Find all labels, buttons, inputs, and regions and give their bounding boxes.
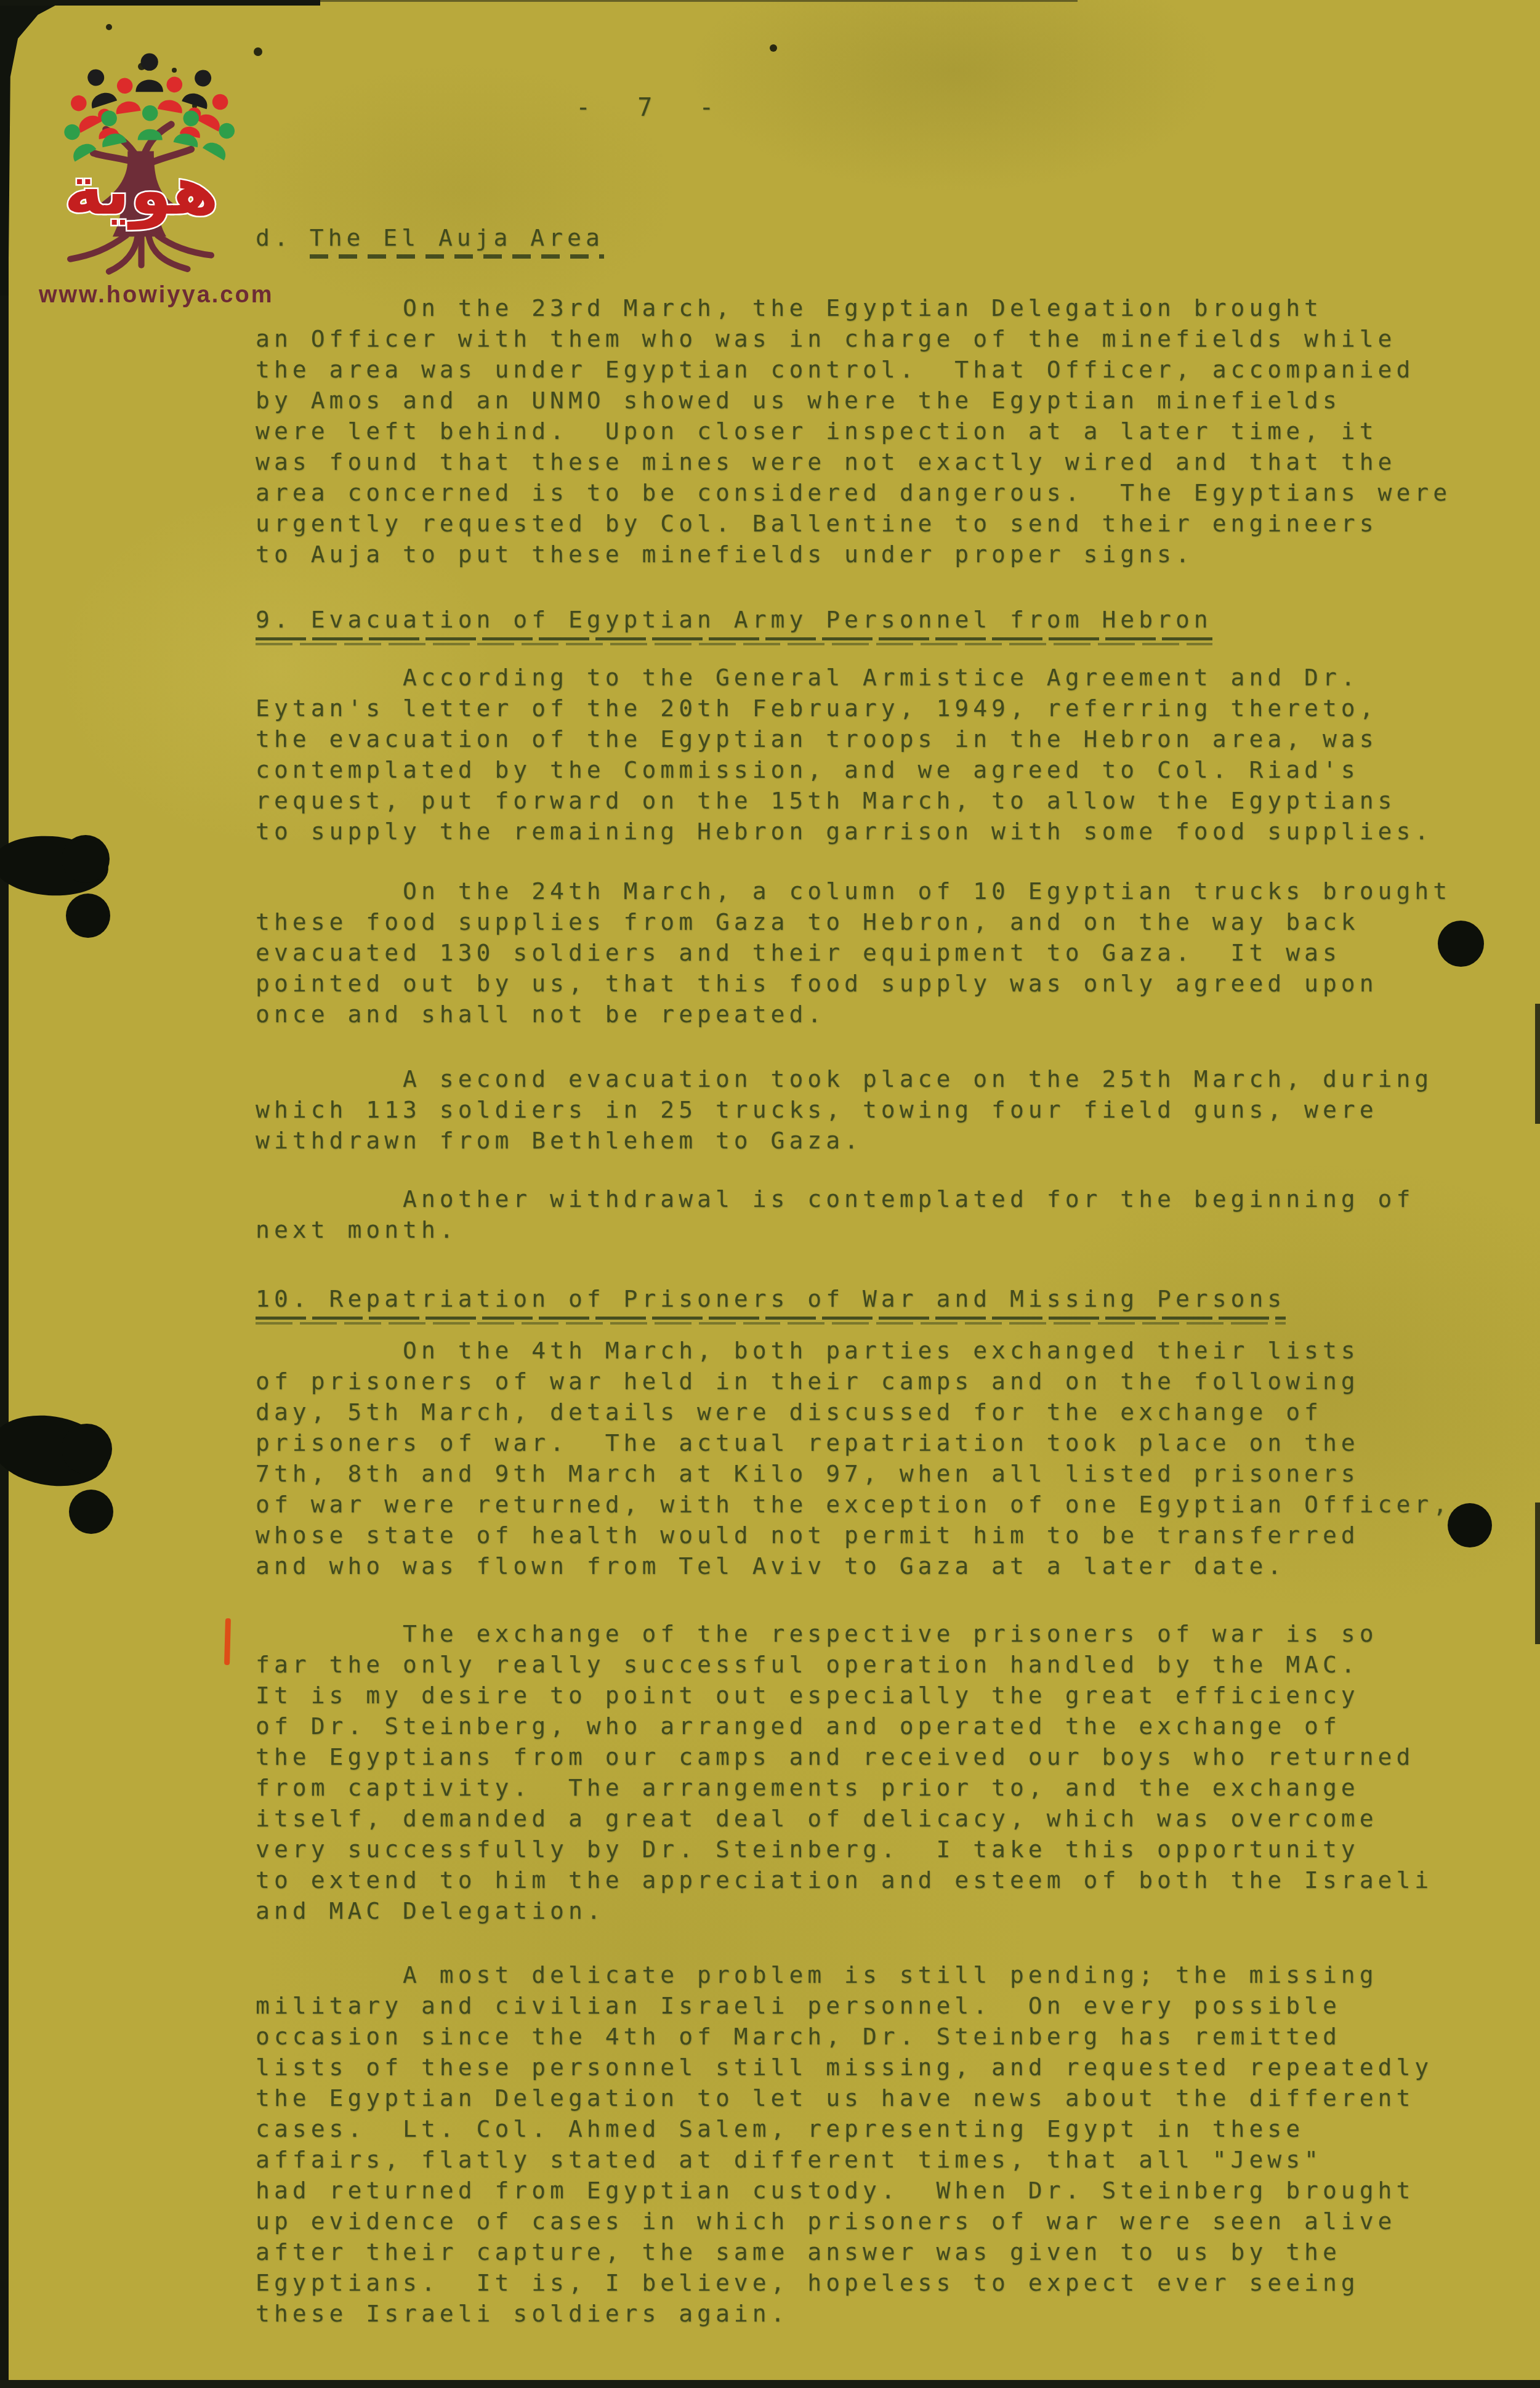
typewriter-line: an Officer with them who was in charge o… — [256, 323, 1451, 354]
howiyya-tree-logo: هوية — [34, 30, 246, 276]
typewriter-line: from captivity. The arrangements prior t… — [256, 1772, 1433, 1803]
scan-edge-left — [0, 0, 9, 2388]
typewriter-line: prisoners of war. The actual repatriatio… — [256, 1427, 1451, 1458]
red-ink-mark — [224, 1618, 231, 1665]
paragraph-pow-2: The exchange of the respective prisoners… — [256, 1618, 1433, 1926]
typewriter-line: A second evacuation took place on the 25… — [256, 1063, 1433, 1094]
punch-hole-left-3 — [62, 1424, 112, 1474]
paragraph-hebron-2: On the 24th March, a column of 10 Egypti… — [256, 876, 1451, 1030]
page-number: - 7 - — [576, 94, 730, 122]
typewriter-line: to extend to him the appreciation and es… — [256, 1865, 1433, 1895]
section-heading-10: 10. Repatriation of Prisoners of War and… — [256, 1284, 1286, 1325]
typewriter-line: these food supplies from Gaza to Hebron,… — [256, 906, 1451, 937]
typewriter-line: evacuated 130 soldiers and their equipme… — [256, 937, 1451, 968]
typewriter-line: cases. Lt. Col. Ahmed Salem, representin… — [256, 2113, 1433, 2144]
typewriter-line: On the 23rd March, the Egyptian Delegati… — [256, 292, 1451, 323]
typewriter-line: itself, demanded a great deal of delicac… — [256, 1803, 1433, 1834]
typewriter-line: was found that these mines were not exac… — [256, 446, 1451, 477]
typewriter-line: affairs, flatly stated at different time… — [256, 2144, 1433, 2175]
typewriter-line: Egyptians. It is, I believe, hopeless to… — [256, 2267, 1433, 2298]
typewriter-line: had returned from Egyptian custody. When… — [256, 2175, 1433, 2206]
typewriter-line: the evacuation of the Egyptian troops in… — [256, 724, 1433, 754]
scan-edge-right-lower — [1535, 1503, 1540, 1644]
typewriter-line: The exchange of the respective prisoners… — [256, 1618, 1433, 1649]
paragraph-pow-1: On the 4th March, both parties exchanged… — [256, 1335, 1451, 1581]
typewriter-line: up evidence of cases in which prisoners … — [256, 2206, 1433, 2237]
section-heading-d: d.The El Auja Area — [256, 223, 604, 259]
typewriter-line: urgently requested by Col. Ballentine to… — [256, 508, 1451, 539]
section-title: The El Auja Area — [310, 224, 604, 251]
typewriter-line: It is my desire to point out especially … — [256, 1680, 1433, 1711]
section-label: 10. — [256, 1285, 311, 1312]
scan-edge-right-upper — [1535, 1004, 1540, 1124]
paragraph-hebron-4: Another withdrawal is contemplated for t… — [256, 1184, 1414, 1245]
typewriter-line: of war were returned, with the exception… — [256, 1489, 1451, 1520]
typewriter-line: According to the General Armistice Agree… — [256, 662, 1433, 693]
typewriter-line: and who was flown from Tel Aviv to Gaza … — [256, 1551, 1451, 1581]
typewriter-line: lists of these personnel still missing, … — [256, 2052, 1433, 2083]
heading-underline — [256, 1317, 1286, 1320]
typewriter-line: to supply the remaining Hebron garrison … — [256, 816, 1433, 847]
paragraph-el-auja: On the 23rd March, the Egyptian Delegati… — [256, 292, 1451, 570]
section-title: Evacuation of Egyptian Army Personnel fr… — [311, 606, 1212, 633]
paragraph-pow-3: A most delicate problem is still pending… — [256, 1959, 1433, 2329]
typewriter-line: Eytan's letter of the 20th February, 194… — [256, 693, 1433, 724]
section-label: 9. — [256, 606, 292, 633]
scanned-document-page: هوية www.howiyya.com - 7 - d.The El Auja… — [0, 0, 1540, 2388]
paragraph-hebron-1: According to the General Armistice Agree… — [256, 662, 1433, 847]
typewriter-line: request, put forward on the 15th March, … — [256, 785, 1433, 816]
typewriter-line: far the only really successful operation… — [256, 1649, 1433, 1680]
typewriter-line: and MAC Delegation. — [256, 1895, 1433, 1926]
typewriter-line: the area was under Egyptian control. Tha… — [256, 354, 1451, 385]
section-title: Repatriation of Prisoners of War and Mis… — [329, 1285, 1286, 1312]
typewriter-line: were left behind. Upon closer inspection… — [256, 416, 1451, 446]
typewriter-line: once and shall not be repeated. — [256, 999, 1451, 1030]
typewriter-line: contemplated by the Commission, and we a… — [256, 754, 1433, 785]
typewriter-line: very successfully by Dr. Steinberg. I ta… — [256, 1834, 1433, 1865]
typewriter-line: to Auja to put these minefields under pr… — [256, 539, 1451, 570]
typewriter-line: whose state of health would not permit h… — [256, 1520, 1451, 1551]
typewriter-line: these Israeli soldiers again. — [256, 2298, 1433, 2329]
punch-hole-right-2 — [1448, 1503, 1492, 1547]
typewriter-line: On the 24th March, a column of 10 Egypti… — [256, 876, 1451, 906]
typewriter-line: 7th, 8th and 9th March at Kilo 97, when … — [256, 1458, 1451, 1489]
paragraph-hebron-3: A second evacuation took place on the 25… — [256, 1063, 1433, 1156]
typewriter-line: after their capture, the same answer was… — [256, 2237, 1433, 2267]
typewriter-line: the Egyptian Delegation to let us have n… — [256, 2083, 1433, 2113]
typewriter-line: military and civilian Israeli personnel.… — [256, 1990, 1433, 2021]
typewriter-line: of prisoners of war held in their camps … — [256, 1366, 1451, 1397]
typewriter-line: On the 4th March, both parties exchanged… — [256, 1335, 1451, 1366]
paper-speck — [770, 44, 777, 52]
scan-edge-bottom — [0, 2380, 1540, 2388]
typewriter-line: the Egyptians from our camps and receive… — [256, 1741, 1433, 1772]
typewriter-line: which 113 soldiers in 25 trucks, towing … — [256, 1094, 1433, 1125]
heading-underline — [310, 254, 604, 259]
typewriter-line: area concerned is to be considered dange… — [256, 477, 1451, 508]
typewriter-line: by Amos and an UNMO showed us where the … — [256, 385, 1451, 416]
heading-underline — [256, 637, 1212, 640]
typewriter-line: of Dr. Steinberg, who arranged and opera… — [256, 1711, 1433, 1741]
typewriter-line: A most delicate problem is still pending… — [256, 1959, 1433, 1990]
typewriter-line: Another withdrawal is contemplated for t… — [256, 1184, 1414, 1214]
heading-underline-2 — [256, 643, 1212, 645]
section-heading-9: 9. Evacuation of Egyptian Army Personnel… — [256, 605, 1212, 645]
typewriter-line: withdrawn from Bethlehem to Gaza. — [256, 1125, 1433, 1156]
watermark-website: www.howiyya.com — [39, 282, 268, 309]
scan-edge-top-faint — [0, 0, 1078, 2]
punch-hole-left-2 — [66, 893, 110, 938]
tree-roots — [70, 235, 211, 272]
punch-hole-left-4 — [69, 1490, 113, 1534]
punch-hole-left-1 — [62, 835, 110, 883]
arabic-calligraphy: هوية — [64, 151, 219, 230]
howiyya-watermark: هوية www.howiyya.com — [34, 30, 268, 309]
typewriter-line: occasion since the 4th of March, Dr. Ste… — [256, 2021, 1433, 2052]
typewriter-line: day, 5th March, details were discussed f… — [256, 1397, 1451, 1427]
typewriter-line: next month. — [256, 1214, 1414, 1245]
typewriter-line: pointed out by us, that this food supply… — [256, 968, 1451, 999]
section-label: d. — [256, 224, 292, 251]
heading-underline-2 — [256, 1322, 1286, 1325]
